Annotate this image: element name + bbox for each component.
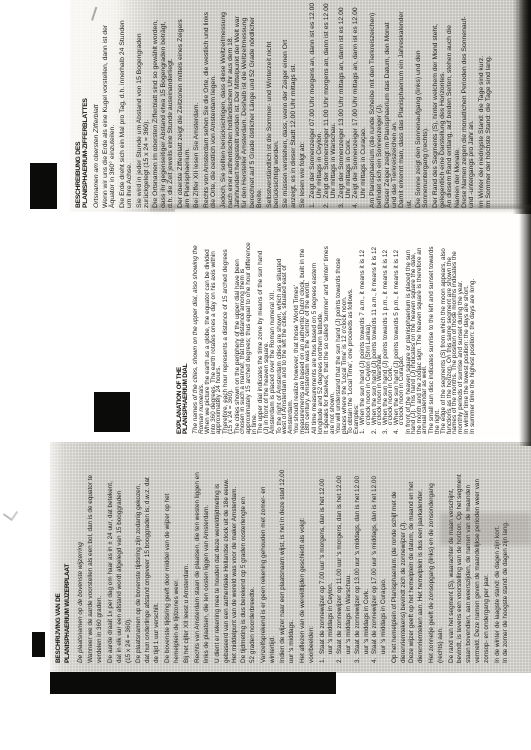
paragraph: Rechts von Amsterdam sehen Sie die Orte,… <box>203 0 218 208</box>
text-line: Het aflezen van de wereldtijden geschied… <box>299 442 308 663</box>
paragraph: Bei Ziffer XII lesen Sie Amsterdam. <box>193 0 200 208</box>
text-line: In de winter de laagste stand: de dagen … <box>494 442 503 663</box>
text-line: uur 's middags in Cork. <box>363 442 372 663</box>
text-line: gebaseerd van een authentieke Hollandse … <box>223 442 232 663</box>
paragraph: In de winter de laagste stand: de dagen … <box>494 442 512 663</box>
paragraph: Die Sonne zeigt den Sonnenaufgang (links… <box>415 0 430 208</box>
text-line: uur 's middags in Warschau. <box>345 442 354 663</box>
text-line: Deze wijzer geeft op het hemelplein de d… <box>408 442 417 663</box>
text-line: und -untergangs pro Jahr an. <box>468 0 475 208</box>
text-line: De aarde draait 1x per dag om haar as in… <box>107 442 116 663</box>
paragraph: When we picture the earth as a globe, th… <box>205 209 222 434</box>
text-line: approximately 24 hours. <box>216 209 222 434</box>
paragraph: The edge of the segments (S) from which … <box>441 209 463 434</box>
text-line: Rechts von Amsterdam sehen Sie die Orte,… <box>203 0 210 208</box>
text-line: De tijdmeting is dus berekend op 5 grade… <box>240 442 249 663</box>
text-line: dierenriemteken aan. Het hemelplein is d… <box>417 442 426 663</box>
text-line: Jedoch, Sie sollten berücksichtigen, das… <box>220 0 227 208</box>
text-line: An diesem Rand entlang, auf beiden Seite… <box>446 0 453 208</box>
text-line: gelegentlich eine Darstellung des Horizo… <box>439 0 446 208</box>
text-line: Äquator in 360° einzuteilen. <box>109 0 116 208</box>
text-line: Jahrhundert hergestellt worden ist. Der … <box>234 0 241 208</box>
text-line: 3. Zeigt der Sonnenzeiger 13.00 Uhr mitt… <box>338 0 345 208</box>
column-title: EXPLANATION OF THEPLANISPHAERIUM DIAL <box>177 209 188 434</box>
text-line: bevindt, is tevens een voorstelling van … <box>456 442 465 663</box>
text-line: Het middelpunt van de wereld was voor de… <box>231 442 240 663</box>
text-line: dat in elk uur een afstand wordt afgeleg… <box>116 442 125 663</box>
text-line: approximately 15 arched degrees; thus eq… <box>246 209 252 434</box>
text-line: Bij het cijfer XII leest u Amsterdam. <box>183 442 192 663</box>
bottom-black-bar <box>50 672 336 694</box>
text-line: 1. Zeigt der Sonnenzeiger 07.00 Uhr morg… <box>309 0 316 208</box>
text-line: Sie lesen wie folgt ab: <box>299 0 306 208</box>
registration-mark-top <box>30 163 57 209</box>
text-line: Rechts van Amsterdam staan de plaatsen, … <box>194 442 203 663</box>
text-line: Sonnenuntergang (rechts). <box>422 0 429 208</box>
text-line: de tijd 1 uur verschilt. <box>153 442 162 663</box>
text-line: uur 's middags in Ceylon. <box>327 442 336 663</box>
paragraph: Wenn wir uns die Erde als eine Kugel vor… <box>102 0 117 208</box>
paragraph: Indien de wijzer naar een plaatsnaam wij… <box>279 442 297 663</box>
text-line: uur 's middags. <box>288 442 297 663</box>
paragraph: You should realize however, that those '… <box>294 209 311 434</box>
text-line: PLANISPHAERIUM-ZIFFERBLATTES <box>82 0 89 208</box>
paragraph: Therefore, each hour represents a distan… <box>223 209 234 434</box>
text-line: dat hun onderlinge afstand ongeveer 15 b… <box>144 442 153 663</box>
text-line: Am Planisphaerium (die runde Scheibe mit… <box>369 0 376 208</box>
paragraph: It speaks for itselves, that the so call… <box>324 209 335 434</box>
paragraph: Der Rand des Segments (S), hinter welche… <box>432 0 476 208</box>
paragraph: 1. Staat de zonnewijzer op 7.00 uur 's m… <box>319 442 389 663</box>
text-line: berechnet auf 5 Grade östlicher Länge un… <box>249 0 256 208</box>
english-column: EXPLANATION OF THEPLANISPHAERIUM DIALThe… <box>175 209 525 438</box>
text-line: De bovenste tijdsring geeft door middel … <box>164 442 173 663</box>
text-line: um ihre Achse. <box>126 0 133 208</box>
text-line: Uhr mittags in Curaçao. <box>360 0 367 208</box>
column-title: BESCHREIBUNG DESPLANISPHAERIUM-ZIFFERBLA… <box>75 0 90 208</box>
paragraph: Op het hemelplein of Planisphaerium (de … <box>391 442 426 663</box>
text-line: Op het hemelplein of Planisphaerium (de … <box>391 442 400 663</box>
paragraph: Ortsnamen am obersten Zifferblatt <box>93 0 100 208</box>
text-line: PLANISPHAERIUM WIJZERPLAAT <box>64 442 73 663</box>
text-line: Der Rand des Segments (S), hinter welche… <box>432 0 439 208</box>
text-line: 4. Staat de zonnewijzer op 17.00 uur 's … <box>371 442 380 663</box>
text-line: links de plaatsen, die ten oosten liggen… <box>203 442 212 663</box>
text-line: und das Tierkreiszeichen an. <box>391 0 398 208</box>
text-line: Im Sommer der höchste Stand: die Tage si… <box>485 0 492 208</box>
text-line: Namen der Monate. <box>454 0 461 208</box>
text-line: Der oberste Zifferblatt zeigt die Zeitzo… <box>177 0 184 208</box>
text-line: In summer time the highest position: the… <box>470 209 476 434</box>
paragraph: Bij het cijfer XII leest u Amsterdam. <box>183 442 192 663</box>
paragraph: Sie müssen verstehen, dass, wenn der Zei… <box>282 0 297 208</box>
text-line: dierenriemtekens) bevindt zich de zonnew… <box>400 442 409 663</box>
column-title: BESCHRIJVING VAN DEPLANISPHAERIUM WIJZER… <box>55 442 73 663</box>
text-line: Indien de wijzer naar een plaatsnaam wij… <box>279 442 288 663</box>
text-line: Uhr mittags in Ceylon. <box>316 0 323 208</box>
dutch-column: BESCHRIJVING VAN DEPLANISPHAERIUM WIJZER… <box>50 442 531 673</box>
text-line: Die Erde dreht sich ein Mal pro Tag, d.h… <box>119 0 126 208</box>
paragraph: Het aflezen van de wereldtijden geschied… <box>299 442 317 663</box>
text-line: verdelen in 360 graden. <box>96 442 105 663</box>
text-line: BESCHRIJVING VAN DE <box>55 442 64 663</box>
text-line: 2. Zeigt der Sonnenzeiger 11.00 Uhr morg… <box>323 0 330 208</box>
scan-smear <box>440 513 531 545</box>
text-line: Bei Ziffer XII lesen Sie Amsterdam. <box>193 0 200 208</box>
paragraph: De rand van het segment (S), waarachter … <box>448 442 492 663</box>
paragraph: 1. Zeigt der Sonnenzeiger 07.00 Uhr morg… <box>309 0 367 208</box>
text-line: 3. Staat de zonnewijzer op 13.00 uur 's … <box>354 442 363 663</box>
text-line: 2. Staat de zonnewijzer op 11.00 uur 's … <box>336 442 345 663</box>
paragraph: De aarde draait 1x per dag om haar as in… <box>107 442 133 663</box>
german-column: BESCHREIBUNG DESPLANISPHAERIUM-ZIFFERBLA… <box>70 0 531 212</box>
text-line: für den Hersteller Amsterdam. Deshalb is… <box>241 0 248 208</box>
paragraph: All time measurements are thus based on … <box>312 209 323 434</box>
text-line: De rand van het segment (S), waarachter … <box>448 442 457 663</box>
paragraph: U dient er rekening mee te houden dat de… <box>214 442 258 663</box>
text-line: nach einer authentischen holländischen U… <box>227 0 234 208</box>
text-line: 52 graden noorderbreedte. <box>249 442 258 663</box>
scan-tick-mark-left <box>3 506 18 521</box>
paragraph: The upper dial indicates the time zone b… <box>258 209 269 434</box>
text-line: Uhr mittags in Warschau. <box>330 0 337 208</box>
text-line: d.h. die Zeit jeweils eine Stunde ausein… <box>167 0 174 208</box>
paragraph: De plaatsnamen op de bovenste wijzerring <box>77 442 86 663</box>
text-line: Die Sonne zeigt den Sonnenaufgang (links… <box>415 0 422 208</box>
paragraph: De bovenste tijdsring geeft door middel … <box>164 442 182 663</box>
paragraph: Der oberste Zifferblatt zeigt die Zeitzo… <box>177 0 192 208</box>
text-line: dass ihr gegenseitiger Abstand etwa 15 B… <box>160 0 167 208</box>
text-line: In de zomer de hoogste stand: de dagen z… <box>502 442 511 663</box>
text-line: Wanneer we de aarde voorstellen als een … <box>87 442 96 663</box>
text-line: o'clock noon in Curaçao. <box>399 209 405 434</box>
text-line: am Planisphaerium. <box>184 0 191 208</box>
paragraph: Rechts van Amsterdam staan de plaatsen, … <box>194 442 212 663</box>
text-line: PLANISPHAERIUM DIAL <box>183 209 189 434</box>
paragraph: Wanneer we de aarde voorstellen als een … <box>87 442 105 663</box>
text-line: zonsop- en ondergang per jaar. <box>483 442 492 663</box>
paragraph: Am Planisphaerium (die runde Scheibe mit… <box>369 0 413 208</box>
text-line: befindet sich ein Sonnenzeiger (J). <box>376 0 383 208</box>
dutch-rotated-text: BESCHRIJVING VAN DEPLANISPHAERIUM WIJZER… <box>50 442 531 673</box>
text-line: 1. Staat de zonnewijzer op 7.00 uur 's m… <box>319 442 328 663</box>
paragraph: Amsterdam is placed over the Roman numer… <box>270 209 276 434</box>
text-line: uur 's middags in Curaçao. <box>380 442 389 663</box>
text-line: De plaatsnamen op de bovenste wijzerring <box>77 442 86 663</box>
paragraph: In front of the heaven square or planisp… <box>406 209 428 434</box>
text-line: 4. Zeigt der Sonnenzeiger 17.00 Uhr mitt… <box>352 0 359 208</box>
paragraph: To the right of Amsterdam cities are sho… <box>277 209 294 434</box>
text-line: Het zonnetje geeft de zonsopgang (links)… <box>428 442 437 663</box>
paragraph: In winter time the lowest position: the … <box>464 209 475 434</box>
text-line: die Orte, die oestlich von Amsterdam lie… <box>210 0 217 208</box>
text-line: zurückgelegt (15 x 24 = 360). <box>143 0 150 208</box>
paragraph: Die Ortsnamen im obersten Zifferblatt si… <box>152 0 174 208</box>
text-line: BESCHREIBUNG DES <box>75 0 82 208</box>
text-line: ist. <box>406 0 413 208</box>
text-line: Breite. <box>256 0 263 208</box>
text-line: U dient er rekening mee te houden dat de… <box>214 442 223 663</box>
text-line: Damit erkennt man, dass das Planisphaeri… <box>398 0 405 208</box>
text-line: Die Ortsnamen im obersten Zifferblatt si… <box>152 0 159 208</box>
paragraph: Het zonnetje geeft de zonsopgang (links)… <box>428 442 446 663</box>
text-line: De plaatsnamen op de bovenste tijdsring … <box>135 442 144 663</box>
paragraph: You will understand that the sun hand (J… <box>336 209 347 434</box>
paragraph: The names of the cities, shown on the up… <box>193 209 204 434</box>
paragraph: To obtain the 'Local Time', one proceeds… <box>348 209 359 434</box>
text-line: Im Winter der niedrigste Stand: die Tage… <box>478 0 485 208</box>
text-line: berücksichtigt worden. <box>273 0 280 208</box>
text-line: (15 x 24 = 360). <box>125 442 134 663</box>
paragraph: Im Winter der niedrigste Stand: die Tage… <box>478 0 493 208</box>
scan-edge-smudge-dark <box>513 0 531 214</box>
text-line: Sie wird in jeder Stunde um Abstand von … <box>136 0 143 208</box>
text-line: Vanzelfsprekend is er geen rekening geho… <box>260 442 269 663</box>
paragraph: The cities shown on the periphery of the… <box>235 209 257 434</box>
text-line: staan bovendien, aan weerszijden, de nam… <box>465 442 474 663</box>
text-line: anzeigt, es in dieser Stadt 12.00 Uhr mi… <box>290 0 297 208</box>
text-line: Uhr mittags in Cork. <box>345 0 352 208</box>
text-line: wintertijd. <box>269 442 278 663</box>
paragraph: Sie lesen wie folgt ab: <box>299 0 306 208</box>
paragraph: Sie wird in jeder Stunde um Abstand von … <box>136 0 151 208</box>
paragraph: Vanzelfsprekend is er geen rekening geho… <box>260 442 278 663</box>
registration-mark-middle <box>94 392 130 432</box>
text-line: Selbstverständlich ist die Sommer- und W… <box>266 0 273 208</box>
english-rotated-text: EXPLANATION OF THEPLANISPHAERIUM DIALThe… <box>175 209 525 438</box>
text-line: vermeld. Deze namen geven de maandelijks… <box>474 442 483 663</box>
band-boundary-shadow <box>150 205 531 213</box>
paragraph: Selbstverständlich ist die Sommer- und W… <box>266 0 281 208</box>
text-line: (rechts) aan. <box>437 442 446 663</box>
paragraph: De plaatsnamen op de bovenste tijdsring … <box>135 442 161 663</box>
paragraph: Die Erde dreht sich ein Mal pro Tag, d.h… <box>119 0 134 208</box>
paragraph: Jedoch, Sie sollten berücksichtigen, das… <box>220 0 264 208</box>
text-line: Dieser Zeiger zeigt im Planisphaerium da… <box>384 0 391 208</box>
german-rotated-text: BESCHREIBUNG DESPLANISPHAERIUM-ZIFFERBLA… <box>70 0 531 212</box>
registration-mark-bottom <box>32 632 45 657</box>
text-line: Diese Namen zeigen die monatlichen Perio… <box>461 0 468 208</box>
text-line: hemelplein de tijdzones weer. <box>173 442 182 663</box>
paragraph: 1. When the sun hand (J) points towards … <box>360 209 404 434</box>
text-line: voorbeelden: <box>308 442 317 663</box>
text-line: Sie müssen verstehen, dass, wenn der Zei… <box>282 0 289 208</box>
paragraph: The small sun disc indicates sunrise to … <box>429 209 440 434</box>
text-line: Ortsnamen am obersten Zifferblatt <box>93 0 100 208</box>
text-line: Amsterdam is placed over the Roman numer… <box>270 209 276 434</box>
scanned-leaflet-page: BESCHREIBUNG DESPLANISPHAERIUM-ZIFFERBLA… <box>0 0 531 750</box>
